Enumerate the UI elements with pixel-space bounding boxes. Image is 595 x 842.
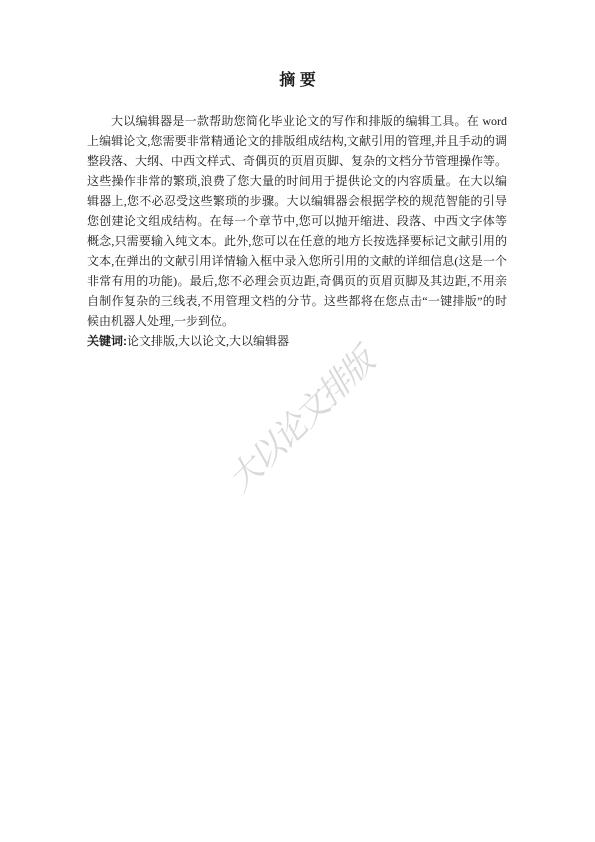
watermark-text: 大以论文排版	[216, 337, 382, 500]
keywords-text: 论文排版,大以论文,大以编辑器	[127, 334, 289, 348]
document-page: 摘 要 大以编辑器是一款帮助您简化毕业论文的写作和排版的编辑工具。在 word …	[0, 0, 595, 842]
keywords-line: 关键词:论文排版,大以论文,大以编辑器	[87, 331, 507, 351]
abstract-content: 大以编辑器是一款帮助您简化毕业论文的写作和排版的编辑工具。在 word 上编辑论…	[87, 111, 507, 351]
page-title: 摘 要	[0, 70, 595, 92]
keywords-label: 关键词:	[87, 334, 127, 348]
abstract-paragraph: 大以编辑器是一款帮助您简化毕业论文的写作和排版的编辑工具。在 word 上编辑论…	[87, 111, 507, 331]
